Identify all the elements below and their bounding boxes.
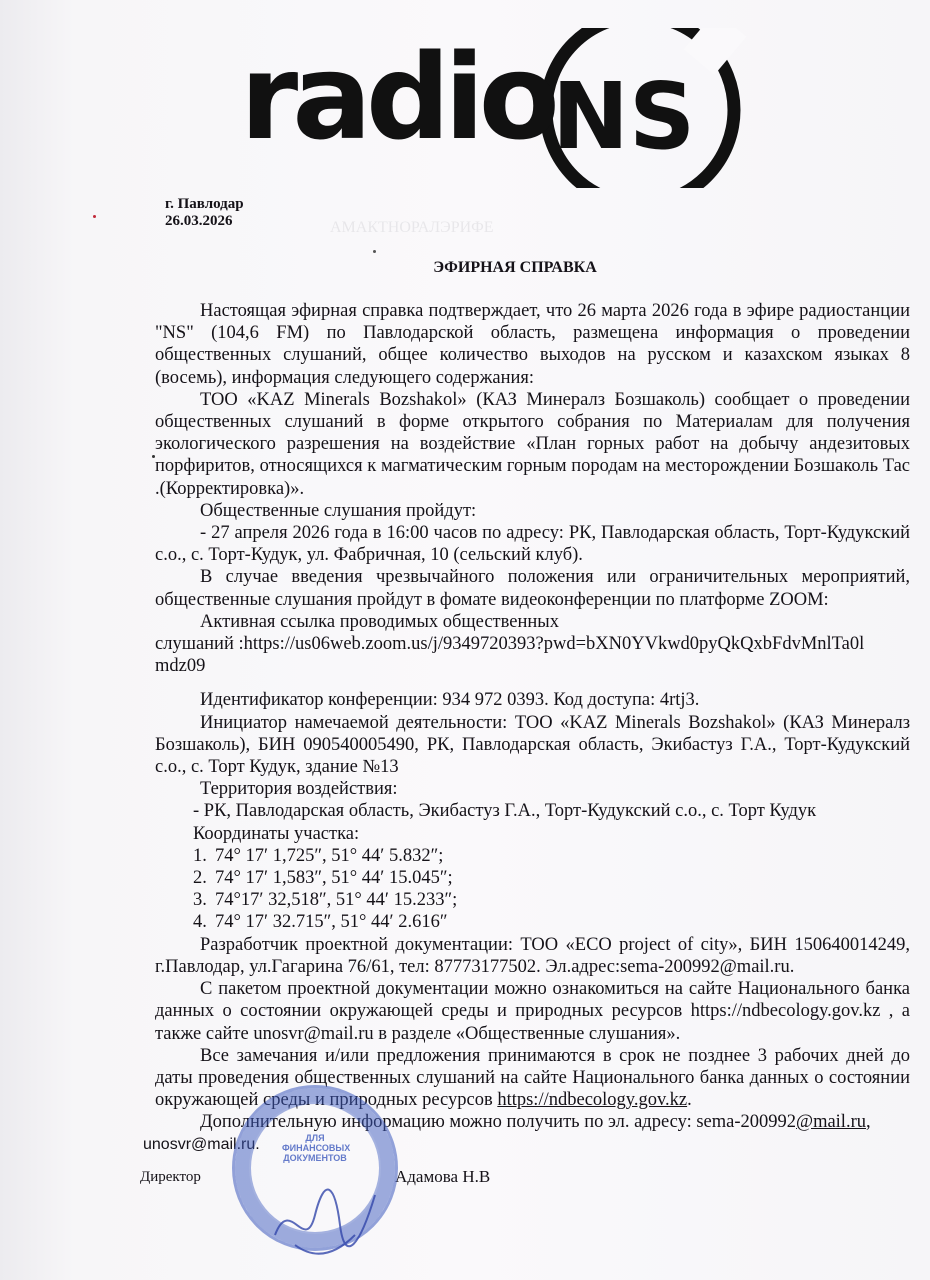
hearings-detail: - 27 апреля 2026 года в 16:00 часов по а…: [155, 522, 910, 566]
radio-ns-logo-icon: radio NS: [240, 28, 750, 188]
bleed-through-text: АМАКТНОРАЛЭРИФЕ: [330, 218, 494, 238]
date: 26.03.2026: [165, 213, 244, 230]
svg-text:NS: NS: [552, 63, 695, 170]
developer-paragraph: Разработчик проектной документации: ТОО …: [155, 934, 910, 978]
coordinates-list: 1.74° 17′ 1,725″, 51° 44′ 5.832″; 2.74° …: [155, 845, 910, 934]
signer-name: Адамова Н.В: [395, 1166, 490, 1188]
coordinate-item: 1.74° 17′ 1,725″, 51° 44′ 5.832″;: [155, 845, 910, 867]
scan-speck: [373, 250, 376, 253]
initiator-paragraph: Инициатор намечаемой деятельности: ТОО «…: [155, 712, 910, 779]
city-date-block: г. Павлодар 26.03.2026: [165, 196, 244, 230]
scanned-document-page: АМАКТНОРАЛЭРИФЕ radio NS г. Павлодар 26.…: [0, 0, 930, 1280]
svg-text:radio: radio: [240, 28, 555, 166]
coordinate-item: 3.74°17′ 32,518″, 51° 44′ 15.233″;: [155, 889, 910, 911]
document-title: ЭФИРНАЯ СПРАВКА: [0, 259, 930, 277]
documentation-paragraph: С пакетом проектной документации можно о…: [155, 978, 910, 1045]
email-link[interactable]: @mail.ru: [796, 1112, 866, 1132]
zoom-link-tail[interactable]: mdz09: [155, 655, 910, 677]
scan-speck: [93, 215, 96, 218]
conference-id: Идентификатор конференции: 934 972 0393.…: [155, 689, 910, 711]
territory-label: Территория воздействия:: [155, 778, 910, 800]
territory-value: - РК, Павлодарская область, Экибастуз Г.…: [155, 800, 910, 822]
emergency-paragraph: В случае введения чрезвычайного положени…: [155, 566, 910, 610]
signature-icon: [265, 1175, 385, 1265]
stamp-center-text: ДЛЯ ФИНАНСОВЫХ ДОКУМЕНТОВ: [282, 1133, 348, 1163]
city: г. Павлодар: [165, 196, 244, 213]
spacer: [155, 677, 910, 689]
announcement-paragraph: ТОО «KAZ Minerals Bozshakol» (КАЗ Минера…: [155, 389, 910, 500]
ndbecology-link[interactable]: https://ndbecology.gov.kz: [497, 1090, 687, 1110]
hearings-label: Общественные слушания пройдут:: [155, 500, 910, 522]
signer-role: Директор: [140, 1166, 201, 1188]
coordinate-item: 2.74° 17′ 1,583″, 51° 44′ 15.045″;: [155, 867, 910, 889]
intro-paragraph: Настоящая эфирная справка подтверждает, …: [155, 300, 910, 389]
coordinates-label: Координаты участка:: [155, 823, 910, 845]
coordinate-item: 4.74° 17′ 32.715″, 51° 44′ 2.616″: [155, 911, 910, 933]
scan-speck: [152, 455, 155, 458]
zoom-link[interactable]: слушаний :https://us06web.zoom.us/j/9349…: [155, 633, 910, 655]
document-body: Настоящая эфирная справка подтверждает, …: [155, 300, 910, 1186]
zoom-link-label: Активная ссылка проводимых общественных: [155, 611, 910, 633]
